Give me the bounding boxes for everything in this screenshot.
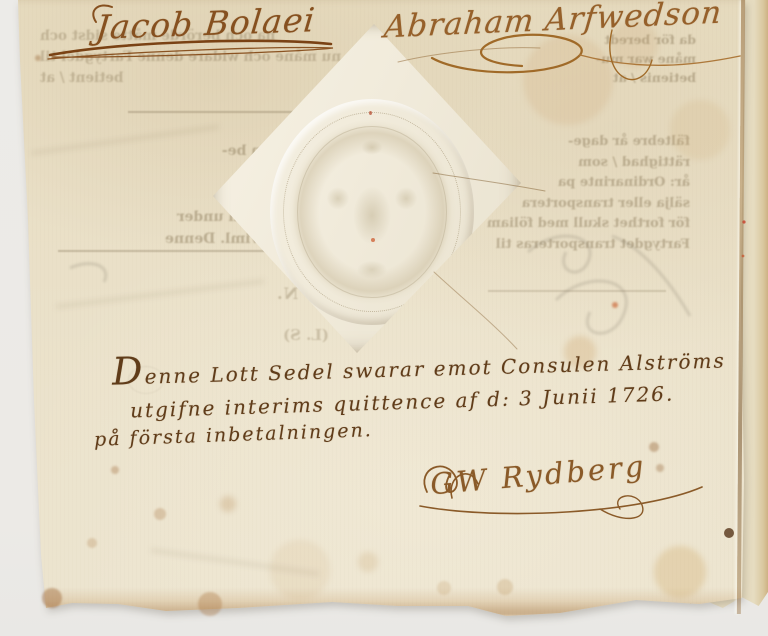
red-speck	[369, 111, 372, 115]
photograph-of-document: na och berörde måtte sidst ochmindre nu …	[0, 0, 768, 636]
show-through-stamp-ls: (L. S)	[266, 326, 346, 344]
signature-jacob-bolaei: Jacob Bolaei	[94, 0, 317, 47]
paper-crease	[56, 279, 265, 309]
show-through-rule	[128, 111, 300, 113]
paper-crease	[151, 548, 320, 576]
bottom-edge-stain	[30, 588, 750, 616]
red-speck	[371, 238, 375, 242]
show-through-text-top-right: da för beredtmåne war mu-betienis / at	[556, 30, 696, 87]
show-through-rule	[488, 290, 666, 292]
